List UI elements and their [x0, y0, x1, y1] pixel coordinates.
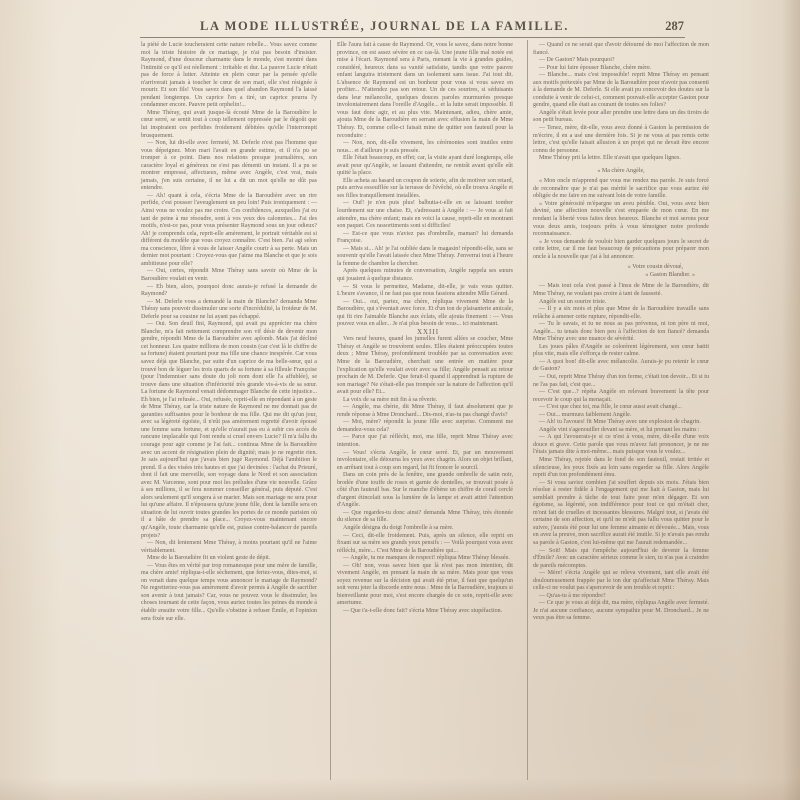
paragraph: Mme Théray, rejetée dans le fond de son …	[533, 457, 709, 480]
paragraph: Les joues pâles d'Angèle se colorèrent l…	[533, 344, 709, 359]
paragraph: Mme Théray, qui avait jusque-là écouté M…	[141, 110, 317, 140]
paragraph: — Oh! non, vous savez bien que là n'est …	[337, 563, 513, 608]
paragraph: — Mais si... Ah! je l'ai oubliée dans le…	[337, 246, 513, 269]
paragraph: Angèle s'était levée pour aller prendre …	[533, 110, 709, 125]
paragraph: Elle acheta au hasard un coupon de soier…	[337, 178, 513, 201]
paragraph: Vers neuf heures, quand les jumelles fur…	[337, 336, 513, 396]
paragraph: — Oui... oui, partez, ma chère, répliqua…	[337, 299, 513, 329]
paragraph: — Si vous saviez combien j'ai souffert d…	[533, 480, 709, 548]
paragraph: — Tenez, mère, dit-elle, vous avez donné…	[533, 125, 709, 155]
paragraph: — Blanche... mais c'est impossible! repr…	[533, 72, 709, 110]
paragraph: — Vous! s'écria Angèle, le cœur serré. E…	[337, 450, 513, 473]
paragraph: — Angèle, ma chérie, dit Mme Théray, il …	[337, 404, 513, 419]
paragraph: Elle l'était beaucoup, en effet; car, la…	[337, 155, 513, 178]
paragraph: Mme de la Baroudière fit un violent gest…	[141, 555, 317, 563]
paragraph: Mme Théray prit la lettre. Elle n'avait …	[533, 155, 709, 163]
paragraph: — Parce que j'ai réfléchi, moi, ma fille…	[337, 434, 513, 449]
paragraph: — Quand ce ne serait que d'avoir détourn…	[533, 42, 709, 57]
paragraph: — Oui. Son deuil fini, Raymond, qui avai…	[141, 321, 317, 540]
paragraph: — Non, lui dit-elle avec fermeté, M. Def…	[141, 140, 317, 193]
paragraph: — Mais tout cela s'est passé à l'insu de…	[533, 283, 709, 298]
paragraph: « Je vous demande de vouloir bien garder…	[533, 239, 709, 262]
paragraph: — De Gaston? Mais pourquoi?	[533, 57, 709, 65]
paragraph: « Votre générosité m'épargne un aveu pén…	[533, 201, 709, 239]
paragraph: Angèle eut un sourire triste.	[533, 299, 709, 307]
paragraph: — Moi, mère? répondit la jeune fille ave…	[337, 419, 513, 434]
paragraph: — M. Deferle vous a demandé la main de B…	[141, 299, 317, 322]
paragraph: Après quelques minutes de conversation, …	[337, 268, 513, 283]
paragraph: — C'est que...? répéta Angèle en relevan…	[533, 389, 709, 404]
column-divider	[527, 40, 528, 780]
paragraph: Dans un coin près de la fenêtre, une gra…	[337, 472, 513, 510]
paragraph: Angèle vint s'agenouiller devant sa mère…	[533, 427, 709, 435]
paragraph: — C'est que chez toi, ma fille, le cœur …	[533, 404, 709, 412]
paragraph: — Ah! quant à cela, s'écria Mme de la Ba…	[141, 193, 317, 268]
paragraph: — Ceci, dit-elle froidement. Puis, après…	[337, 533, 513, 556]
journal-title: LA MODE ILLUSTRÉE, JOURNAL DE LA FAMILLE…	[112, 19, 657, 34]
paragraph: — Si vous le permettez, Madame, dit-elle…	[337, 284, 513, 299]
paragraph: — Que regardes-tu donc ainsi? demanda Mm…	[337, 510, 513, 525]
text-column-3: — Quand ce ne serait que d'avoir détourn…	[533, 42, 709, 780]
paragraph: — Oui, certes, répondit Mme Théray sans …	[141, 268, 317, 283]
letter-salutation: « Ma chère Angèle,	[533, 168, 709, 176]
paragraph: — Mère! s'écria Angèle qui se releva viv…	[533, 570, 709, 593]
paragraph: — Pour lui faire épouser Blanche, chère …	[533, 65, 709, 73]
paragraph: — Non, dit lentement Mme Théray, à moins…	[141, 540, 317, 555]
page-bottom-edge	[0, 778, 800, 800]
paragraph: « Mon oncle m'apprend que vous me rendez…	[533, 178, 709, 201]
paragraph: Elle l'aura fait à cause de Raymond. Or,…	[337, 42, 513, 140]
paragraph: — Soit! Mais qui t'empêche aujourd'hui d…	[533, 548, 709, 571]
paragraph: — Vous êtes en vérité par trop romanesqu…	[141, 563, 317, 623]
paragraph: — Ouf! je n'en puis plus! balbutia-t-ell…	[337, 200, 513, 230]
paragraph: — Non, non, dit-elle vivement, les cérém…	[337, 140, 513, 155]
header-rule	[140, 37, 685, 38]
paragraph: — Tu le savais, et tu ne nous as pas pré…	[533, 321, 709, 344]
text-column-1: la piété de Lucie toucheraient cette nat…	[141, 42, 317, 780]
newspaper-page: LA MODE ILLUSTRÉE, JOURNAL DE LA FAMILLE…	[0, 0, 800, 800]
column-divider	[330, 40, 331, 780]
page-edge-shadow	[782, 0, 800, 800]
paragraph: — Ah! tu l'avoues! fit Mme Théray avec u…	[533, 419, 709, 427]
letter-signature: « Gaston Blandier. »	[533, 272, 709, 280]
paragraph: — Ce que je vous ai déjà dit, ma mère, r…	[533, 600, 709, 623]
paragraph: Angèle désigna du doigt l'ombrelle à sa …	[337, 525, 513, 533]
paragraph: — Eh bien, alors, pourquoi donc aurais-j…	[141, 284, 317, 299]
text-column-2: Elle l'aura fait à cause de Raymond. Or,…	[337, 42, 513, 780]
paragraph: — Est-ce que vous n'aviez pas d'ombrelle…	[337, 231, 513, 246]
paragraph: — A quoi bon! dit-elle avec mélancolie. …	[533, 359, 709, 374]
paragraph: la piété de Lucie toucheraient cette nat…	[141, 42, 317, 110]
paragraph: — Que t'a-t-elle donc fait? s'écria Mme …	[337, 608, 513, 616]
letter-closing: « Votre cousin dévoué,	[533, 264, 709, 272]
paragraph: — Angèle, tu me manques de respect! répl…	[337, 555, 513, 563]
paragraph: — Oui, reprit Mme Théray d'un ton ferme,…	[533, 374, 709, 389]
paragraph: — Il y a six mois et plus que Mme de la …	[533, 306, 709, 321]
running-header: LA MODE ILLUSTRÉE, JOURNAL DE LA FAMILLE…	[112, 19, 692, 35]
paragraph: — A qui l'avouerais-je si ce n'est à vou…	[533, 434, 709, 457]
page-number: 287	[665, 19, 684, 34]
